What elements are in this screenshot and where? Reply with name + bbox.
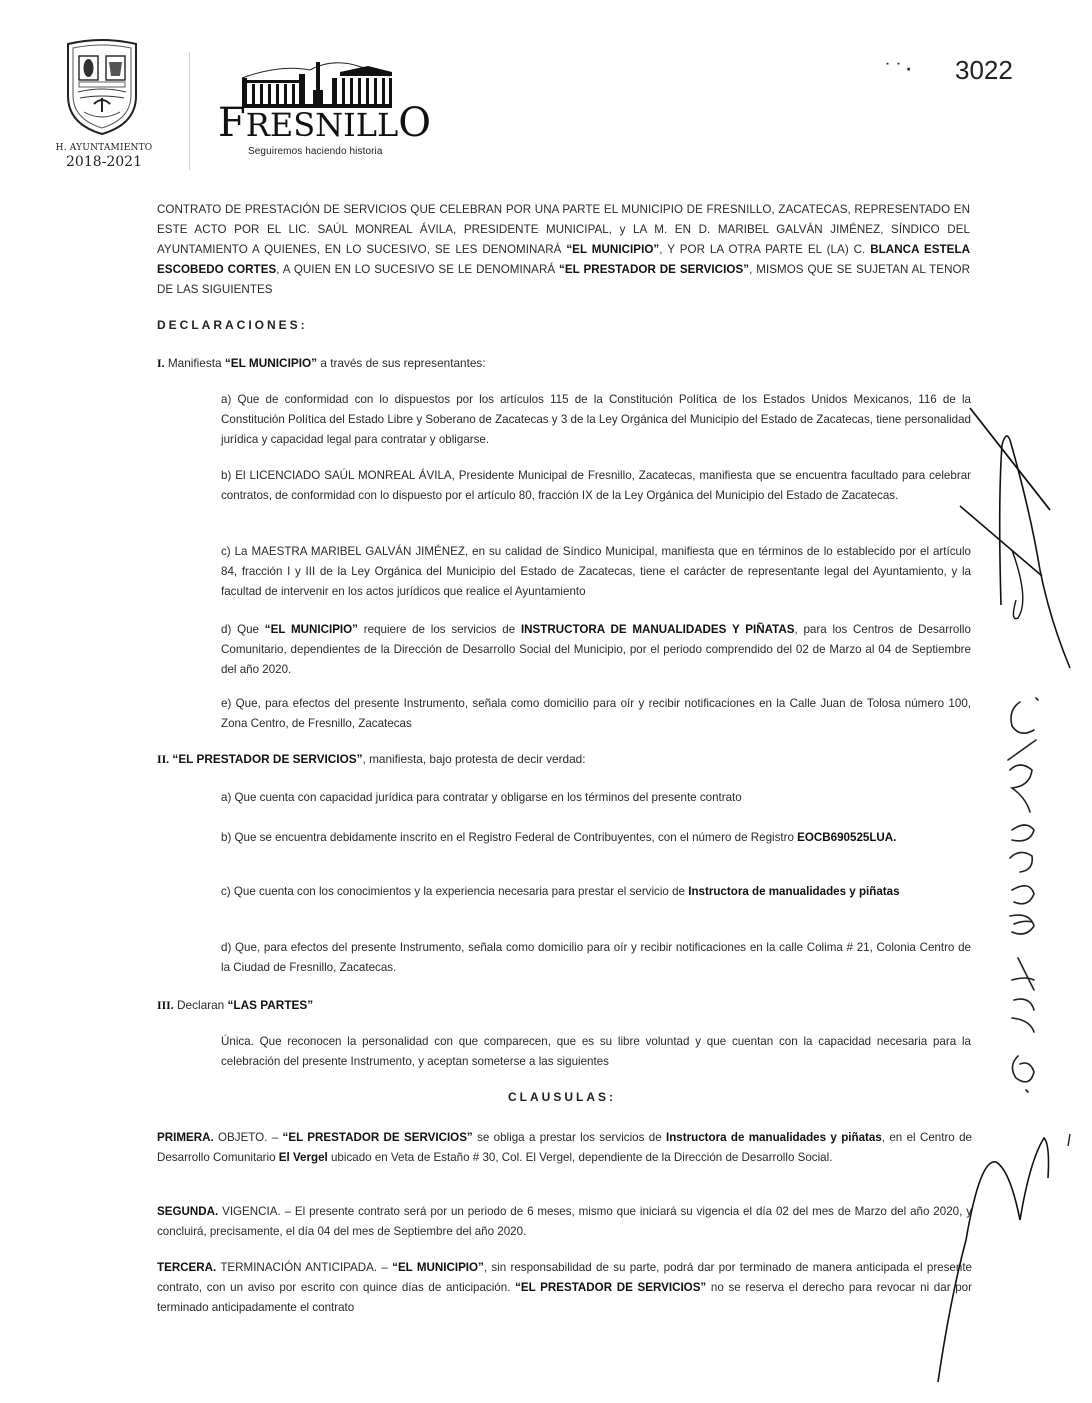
declaration-1b: b) El LICENCIADO SAÚL MONREAL ÁVILA, Pre…	[221, 466, 971, 506]
declaraciones-heading: DECLARACIONES:	[157, 318, 308, 332]
section-numeral: III.	[157, 998, 174, 1012]
document-number: 3022	[955, 55, 1013, 86]
declaration-1c: c) La MAESTRA MARIBEL GALVÁN JIMÉNEZ, en…	[221, 542, 971, 602]
section-text: a través de sus representantes:	[317, 356, 486, 370]
clause-label: PRIMERA.	[157, 1131, 214, 1144]
declaration-2b: b) Que se encuentra debidamente inscrito…	[221, 828, 971, 848]
center-name: El Vergel	[279, 1151, 328, 1164]
preamble-text: , Y POR LA OTRA PARTE EL (LA) C.	[659, 243, 870, 256]
section-party: “EL PRESTADOR DE SERVICIOS”	[169, 752, 362, 766]
section-party: “EL MUNICIPIO”	[225, 356, 317, 370]
declaration-section-2-title: II. “EL PRESTADOR DE SERVICIOS”, manifie…	[157, 752, 586, 767]
declaration-1a: a) Que de conformidad con lo dispuestos …	[221, 390, 971, 450]
section-numeral: II.	[157, 752, 169, 766]
header-divider	[189, 52, 190, 170]
clause-title: OBJETO. –	[214, 1131, 283, 1144]
rfc-number: EOCB690525LUA.	[797, 831, 896, 844]
municipal-crest-icon	[62, 38, 142, 136]
clause-text: ubicado en Veta de Estaño # 30, Col. El …	[328, 1151, 833, 1164]
clause-party: “EL PRESTADOR DE SERVICIOS”	[515, 1281, 706, 1294]
declaration-1d: d) Que “EL MUNICIPIO” requiere de los se…	[221, 620, 971, 680]
wordmark-middle: RESNILL	[246, 106, 399, 144]
clause-primera: PRIMERA. OBJETO. – “EL PRESTADOR DE SERV…	[157, 1128, 972, 1168]
declaration-1e: e) Que, para efectos del presente Instru…	[221, 694, 971, 734]
section-text: Declaran	[174, 998, 228, 1012]
clause-title: TERMINACIÓN ANTICIPADA. –	[216, 1261, 392, 1274]
item-text: c) Que cuenta con los conocimientos y la…	[221, 885, 688, 898]
clausulas-heading: CLAUSULAS:	[508, 1090, 616, 1104]
clause-label: SEGUNDA.	[157, 1205, 218, 1218]
clause-tercera: TERCERA. TERMINACIÓN ANTICIPADA. – “EL M…	[157, 1258, 972, 1318]
section-text: Manifiesta	[165, 356, 225, 370]
declaration-2a: a) Que cuenta con capacidad jurídica par…	[221, 788, 971, 808]
crest-caption-title: H. AYUNTAMIENTO	[48, 144, 160, 153]
crest-caption-years: 2018-2021	[48, 155, 160, 169]
preamble-municipio: “EL MUNICIPIO”	[566, 243, 659, 256]
declaration-section-3-title: III. Declaran “LAS PARTES”	[157, 998, 313, 1013]
clause-party: “EL PRESTADOR DE SERVICIOS”	[283, 1131, 473, 1144]
service-name: INSTRUCTORA DE MANUALIDADES Y PIÑATAS	[521, 623, 795, 636]
declaration-3-unica: Única. Que reconocen la personalidad con…	[221, 1032, 971, 1072]
fresnillo-skyline-icon	[240, 60, 394, 108]
declaration-section-1-title: I. Manifiesta “EL MUNICIPIO” a través de…	[157, 356, 486, 371]
contract-preamble: CONTRATO DE PRESTACIÓN DE SERVICIOS QUE …	[157, 200, 970, 300]
declaration-2c: c) Que cuenta con los conocimientos y la…	[221, 882, 971, 902]
clause-party: “EL MUNICIPIO”	[392, 1261, 484, 1274]
clause-text: VIGENCIA. – El presente contrato será po…	[157, 1205, 972, 1238]
tagline: Seguiremos haciendo historia	[248, 146, 383, 157]
preamble-prestador: “EL PRESTADOR DE SERVICIOS”	[559, 263, 749, 276]
contract-page: H. AYUNTAMIENTO 2018-2021 FRESNILLO Segu…	[0, 0, 1092, 1403]
service-name: Instructora de manualidades y piñatas	[666, 1131, 882, 1144]
document-marks: ˙˙·	[884, 62, 915, 78]
item-text: requiere de los servicios de	[358, 623, 521, 636]
item-text: d) Que	[221, 623, 265, 636]
item-text: b) Que se encuentra debidamente inscrito…	[221, 831, 797, 844]
item-party: “EL MUNICIPIO”	[265, 623, 358, 636]
clause-text: se obliga a prestar los servicios de	[473, 1131, 666, 1144]
handwritten-name-icon	[990, 680, 1070, 1100]
preamble-text: , A QUIEN EN LO SUCESIVO SE LE DENOMINAR…	[276, 263, 559, 276]
service-name: Instructora de manualidades y piñatas	[688, 885, 899, 898]
section-party: “LAS PARTES”	[228, 998, 314, 1012]
declaration-2d: d) Que, para efectos del presente Instru…	[221, 938, 971, 978]
clause-label: TERCERA.	[157, 1261, 216, 1274]
wordmark-final: O	[398, 100, 431, 146]
section-numeral: I.	[157, 356, 165, 370]
fresnillo-wordmark: FRESNILLO	[218, 103, 431, 143]
clause-segunda: SEGUNDA. VIGENCIA. – El presente contrat…	[157, 1202, 972, 1242]
wordmark-initial: F	[218, 100, 246, 146]
crest-caption: H. AYUNTAMIENTO 2018-2021	[48, 144, 160, 169]
section-text: , manifiesta, bajo protesta de decir ver…	[363, 752, 586, 766]
